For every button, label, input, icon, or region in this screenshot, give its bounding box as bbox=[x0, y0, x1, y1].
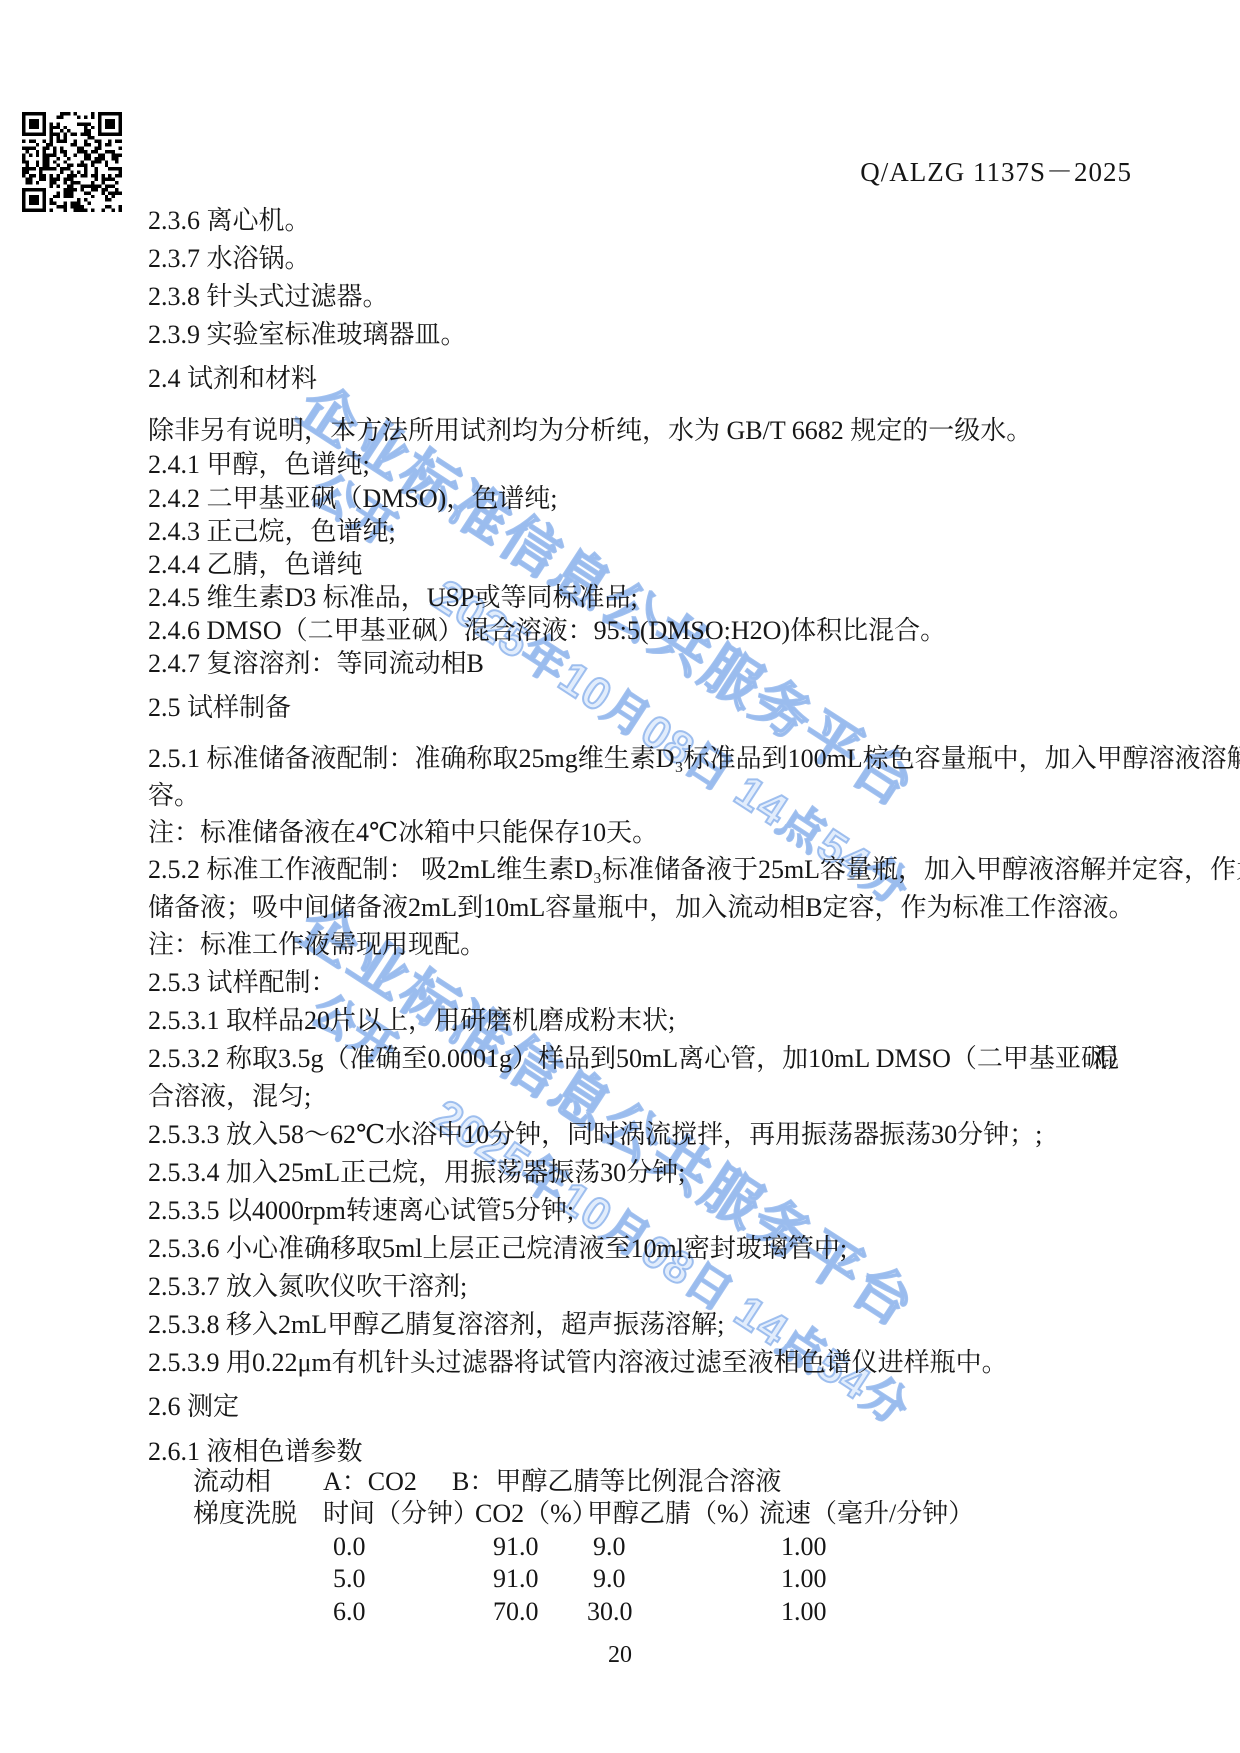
line-text: 2.5.3.7 放入氮吹仪吹干溶剂; bbox=[148, 1272, 467, 1301]
line-text: 2.3.7 水浴锅。 bbox=[148, 244, 311, 273]
line-text: 2.5.3.8 移入2mL甲醇乙腈复溶溶剂，超声振荡溶解; bbox=[148, 1310, 724, 1339]
document-number: Q/ALZG 1137S－2025 bbox=[860, 150, 1132, 189]
line-text: 2.5.3.3 放入58～62℃水浴中10分钟，同时涡流搅拌，再用振荡器振荡30… bbox=[148, 1120, 1042, 1149]
qr-code bbox=[22, 112, 122, 212]
line-text: 2.5.3.6 小心准确移取5ml上层正己烷清液至10ml密封玻璃管中; bbox=[148, 1234, 847, 1263]
text-line: 2.5 试样制备 bbox=[148, 693, 1240, 723]
table-cell: 0.0 bbox=[333, 1532, 366, 1562]
text-line: 2.4.5 维生素D3 标准品，USP或等同标准品; bbox=[148, 583, 1240, 613]
line-text: 2.3.6 离心机。 bbox=[148, 206, 311, 235]
text-line: 2.5.3.8 移入2mL甲醇乙腈复溶溶剂，超声振荡溶解; bbox=[148, 1310, 1240, 1340]
text-line: 储备液；吸中间储备液2mL到10mL容量瓶中，加入流动相B定容，作为标准工作溶液… bbox=[148, 893, 1240, 923]
table-cell: CO2（%） bbox=[475, 1499, 598, 1529]
line-text: 注：标准储备液在4℃冰箱中只能保存10天。 bbox=[148, 818, 658, 847]
line-text: 储备液；吸中间储备液2mL到10mL容量瓶中，加入流动相B定容，作为标准工作溶液… bbox=[148, 893, 1135, 922]
line-text: 2.5.2 标准工作液配制： 吸2mL维生素D₃标准储备液于25mL容量瓶，加入… bbox=[148, 855, 1240, 884]
line-text: 2.6.1 液相色谱参数 bbox=[148, 1437, 363, 1466]
line-text: 2.5.3.4 加入25mL正己烷，用振荡器振荡30分钟; bbox=[148, 1158, 685, 1187]
line-text: 2.4.5 维生素D3 标准品，USP或等同标准品; bbox=[148, 583, 638, 612]
text-line: 2.3.6 离心机。 bbox=[148, 206, 1240, 236]
text-line: 除非另有说明，本方法所用试剂均为分析纯，水为 GB/T 6682 规定的一级水。 bbox=[148, 416, 1240, 446]
table-cell: 9.0 bbox=[593, 1564, 626, 1594]
table-cell: 91.0 bbox=[493, 1532, 539, 1562]
table-cell: 9.0 bbox=[593, 1532, 626, 1562]
text-line: 2.5.3.4 加入25mL正己烷，用振荡器振荡30分钟; bbox=[148, 1158, 1240, 1188]
line-text: 2.3.9 实验室标准玻璃器皿。 bbox=[148, 320, 467, 349]
text-line: 2.4 试剂和材料 bbox=[148, 364, 1240, 394]
text-line: 2.4.7 复溶溶剂：等同流动相B bbox=[148, 649, 1240, 679]
table-cell: 70.0 bbox=[493, 1597, 539, 1627]
table-cell: A：CO2 bbox=[323, 1467, 417, 1497]
line-text: 2.4.2 二甲基亚砜（DMSO)，色谱纯; bbox=[148, 484, 558, 513]
line-text: 2.5.3.1 取样品20片以上，用研磨机磨成粉末状; bbox=[148, 1006, 675, 1035]
line-text: 2.5.1 标准储备液配制：准确称取25mg维生素D₃标准品到100mL棕色容量… bbox=[148, 744, 1240, 773]
table-cell: 1.00 bbox=[781, 1564, 827, 1594]
text-line: 2.5.3.9 用0.22μm有机针头过滤器将试管内溶液过滤至液相色谱仪进样瓶中… bbox=[148, 1348, 1240, 1378]
text-line: 2.5.1 标准储备液配制：准确称取25mg维生素D₃标准品到100mL棕色容量… bbox=[148, 744, 1240, 774]
text-line: 2.5.3.1 取样品20片以上，用研磨机磨成粉末状; bbox=[148, 1006, 1240, 1036]
table-cell: 30.0 bbox=[587, 1597, 633, 1627]
text-line: 2.6 测定 bbox=[148, 1392, 1240, 1422]
line-text: 合溶液，混匀; bbox=[148, 1082, 311, 1111]
text-line: 2.5.3.3 放入58～62℃水浴中10分钟，同时涡流搅拌，再用振荡器振荡30… bbox=[148, 1120, 1240, 1150]
line-text: 2.4.1 甲醇，色谱纯; bbox=[148, 450, 370, 479]
line-text: 2.4.3 正己烷，色谱纯; bbox=[148, 517, 396, 546]
text-line: 2.5.3.5 以4000rpm转速离心试管5分钟; bbox=[148, 1196, 1240, 1226]
page-number: 20 bbox=[0, 1642, 1240, 1669]
line-text: 除非另有说明，本方法所用试剂均为分析纯，水为 GB/T 6682 规定的一级水。 bbox=[148, 416, 1032, 445]
text-line: 2.5.3 试样配制： bbox=[148, 968, 1240, 998]
table-cell: 91.0 bbox=[493, 1564, 539, 1594]
text-line: 2.5.2 标准工作液配制： 吸2mL维生素D₃标准储备液于25mL容量瓶，加入… bbox=[148, 855, 1240, 885]
text-line: 2.6.1 液相色谱参数 bbox=[148, 1437, 1240, 1467]
line-text: 2.5 试样制备 bbox=[148, 693, 291, 722]
table-cell: 流速（毫升/分钟） bbox=[759, 1499, 974, 1529]
text-line: 2.4.2 二甲基亚砜（DMSO)，色谱纯; bbox=[148, 484, 1240, 514]
text-line: 注：标准工作液需现用现配。 bbox=[148, 930, 1240, 960]
text-line: 2.5.3.2 称取3.5g（准确至0.0001g）样品到50mL离心管，加10… bbox=[148, 1044, 1240, 1074]
text-line: 容。 bbox=[148, 781, 1240, 811]
text-line: 2.3.9 实验室标准玻璃器皿。 bbox=[148, 320, 1240, 350]
text-line: 2.4.6 DMSO（二甲基亚砜）混合溶液：95:5(DMSO:H2O)体积比混… bbox=[148, 616, 1240, 646]
table-cell: 1.00 bbox=[781, 1597, 827, 1627]
line-text: 2.5.3.2 称取3.5g（准确至0.0001g）样品到50mL离心管，加10… bbox=[148, 1044, 1133, 1073]
table-cell: 流动相 bbox=[193, 1467, 271, 1497]
line-text: 容。 bbox=[148, 781, 200, 810]
table-cell: 1.00 bbox=[781, 1532, 827, 1562]
table-cell: 时间（分钟） bbox=[323, 1499, 479, 1529]
text-line: 2.5.3.7 放入氮吹仪吹干溶剂; bbox=[148, 1272, 1240, 1302]
line-text-tail: 混 bbox=[1093, 1044, 1119, 1074]
line-text: 2.6 测定 bbox=[148, 1392, 239, 1421]
line-text: 2.5.3.9 用0.22μm有机针头过滤器将试管内溶液过滤至液相色谱仪进样瓶中… bbox=[148, 1348, 1008, 1377]
text-line: 合溶液，混匀; bbox=[148, 1082, 1240, 1112]
table-cell: B：甲醇乙腈等比例混合溶液 bbox=[452, 1467, 781, 1497]
text-line: 2.4.1 甲醇，色谱纯; bbox=[148, 450, 1240, 480]
table-cell: 梯度洗脱 bbox=[193, 1499, 297, 1529]
text-line: 2.4.3 正己烷，色谱纯; bbox=[148, 517, 1240, 547]
line-text: 2.5.3 试样配制： bbox=[148, 968, 337, 997]
table-cell: 5.0 bbox=[333, 1564, 366, 1594]
document-page: Q/ALZG 1137S－2025 企业标准信息公共服务平台 公开 2025年1… bbox=[0, 0, 1240, 1753]
table-cell: 6.0 bbox=[333, 1597, 366, 1627]
text-line: 2.5.3.6 小心准确移取5ml上层正己烷清液至10ml密封玻璃管中; bbox=[148, 1234, 1240, 1264]
line-text: 2.4.4 乙腈，色谱纯 bbox=[148, 550, 363, 579]
line-text: 2.4 试剂和材料 bbox=[148, 364, 317, 393]
text-line: 2.4.4 乙腈，色谱纯 bbox=[148, 550, 1240, 580]
line-text: 2.4.6 DMSO（二甲基亚砜）混合溶液：95:5(DMSO:H2O)体积比混… bbox=[148, 616, 946, 645]
text-line: 注：标准储备液在4℃冰箱中只能保存10天。 bbox=[148, 818, 1240, 848]
line-text: 2.5.3.5 以4000rpm转速离心试管5分钟; bbox=[148, 1196, 574, 1225]
text-line: 2.3.7 水浴锅。 bbox=[148, 244, 1240, 274]
table-cell: 甲醇乙腈（%） bbox=[587, 1499, 765, 1529]
text-line: 2.3.8 针头式过滤器。 bbox=[148, 282, 1240, 312]
line-text: 注：标准工作液需现用现配。 bbox=[148, 930, 486, 959]
line-text: 2.4.7 复溶溶剂：等同流动相B bbox=[148, 649, 484, 678]
line-text: 2.3.8 针头式过滤器。 bbox=[148, 282, 389, 311]
